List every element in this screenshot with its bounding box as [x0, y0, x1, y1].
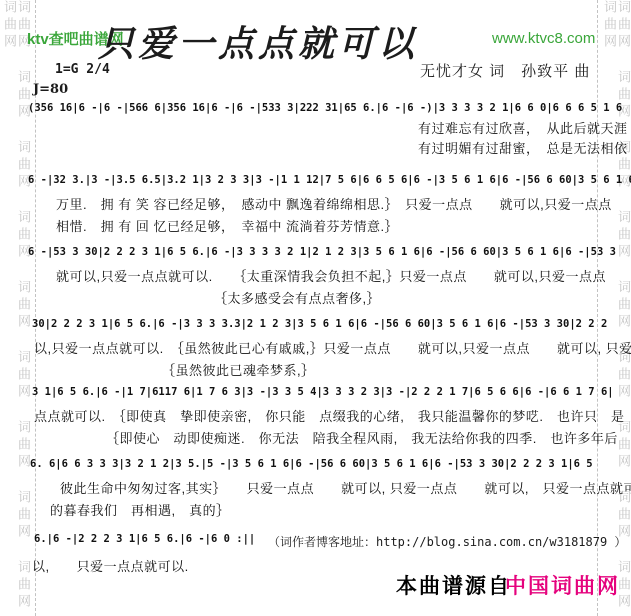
watermark-right-column: 词曲网 词曲网 词曲网 词曲网 词曲网 词曲网 词曲网 词曲网 词曲网 词曲网: [597, 0, 630, 616]
lyric-line: 就可以,只爱一点点就可以. ｛太重深情我会负担不起,｝只爱一点点 就可以,只爱一…: [56, 266, 631, 285]
lyric-line: 相惜. 拥 有 回 忆已经足够， 幸福中 流淌着芬芳情意.｝: [56, 216, 398, 235]
notation-line: 6.|6 -|2 2 2 3 1|6 5 6.|6 -|6 0 :||: [34, 533, 255, 545]
lyric-line: 点点就可以. ｛即使真 挚即使亲密, 你只能 点缀我的心绪, 我只能温馨你的梦呓…: [34, 406, 624, 425]
lyric-line: 有过难忘有过欣喜， 从此后就天涯: [418, 118, 628, 137]
lyric-line: 的暮春我们 再相遇, 真的｝: [50, 500, 230, 519]
notation-line: 30|2 2 2 3 1|6 5 6.|6 -|3 3 3 3.3|2 1 2 …: [32, 318, 607, 330]
lyricist-composer-credits: 无忧才女 词 孙致平 曲: [420, 60, 590, 81]
lyric-line: 以,只爱一点点就可以. ｛虽然彼此已心有戚戚,｝只爱一点点 就可以,只爱一点点 …: [34, 338, 631, 357]
notation-line: 6 -|53 3 30|2 2 2 3 1|6 5 6.|6 -|3 3 3 3…: [28, 246, 616, 258]
lyric-line: 有过明媚有过甜蜜， 总是无法相依: [418, 138, 628, 157]
key-signature: 1=G 2/4: [55, 62, 110, 77]
song-title: 只爱一点点就可以: [98, 16, 418, 67]
lyric-line: ｛即使心 动即使痴迷. 你无法 陪我全程风雨, 我无法给你我的四季. 也许多年后: [106, 428, 618, 447]
tempo-marking: J=80: [33, 82, 68, 97]
author-blog-note: （词作者博客地址：http://blog.sina.com.cn/w318187…: [268, 533, 626, 550]
notation-line: 6 -|32 3.|3 -|3.5 6.5|3.2 1|3 2 3 3|3 -|…: [28, 174, 631, 186]
notation-line: (356 16|6 -|6 -|566 6|356 16|6 -|6 -|533…: [28, 102, 622, 114]
lyric-line: 彼此生命中匆匆过客,其实｝ 只爱一点点 就可以, 只爱一点点 就可以, 只爱一点…: [60, 478, 631, 497]
notation-line: 6. 6|6 6 3 3 3|3 2 1 2|3 5.|5 -|3 5 6 1 …: [30, 458, 593, 470]
lyric-line: ｛虽然彼此已魂牵梦系,｝: [162, 360, 315, 379]
sheet-music-page: 词曲网 词曲网 词曲网 词曲网 词曲网 词曲网 词曲网 词曲网 词曲网 词曲网 …: [0, 0, 631, 616]
notation-line: 3 1|6 5 6.|6 -|1 7|6117 6|1 7 6 3|3 -|3 …: [32, 386, 614, 398]
lyric-line: ｛太多感受会有点点奢侈,｝: [214, 288, 380, 307]
source-site-link[interactable]: 中国词曲网: [505, 570, 620, 600]
lyric-line: 以, 只爱一点点就可以.: [32, 556, 189, 575]
watermark-left-column: 词曲网 词曲网 词曲网 词曲网 词曲网 词曲网 词曲网 词曲网 词曲网 词曲网: [2, 0, 36, 616]
site-url-link[interactable]: www.ktvc8.com: [492, 30, 595, 47]
source-prefix-text: 本曲谱源自: [396, 570, 511, 600]
lyric-line: 万里. 拥 有 笑 容已经足够， 感动中 飘逸着绵绵相思.｝ 只爱一点点 就可以…: [56, 194, 612, 213]
